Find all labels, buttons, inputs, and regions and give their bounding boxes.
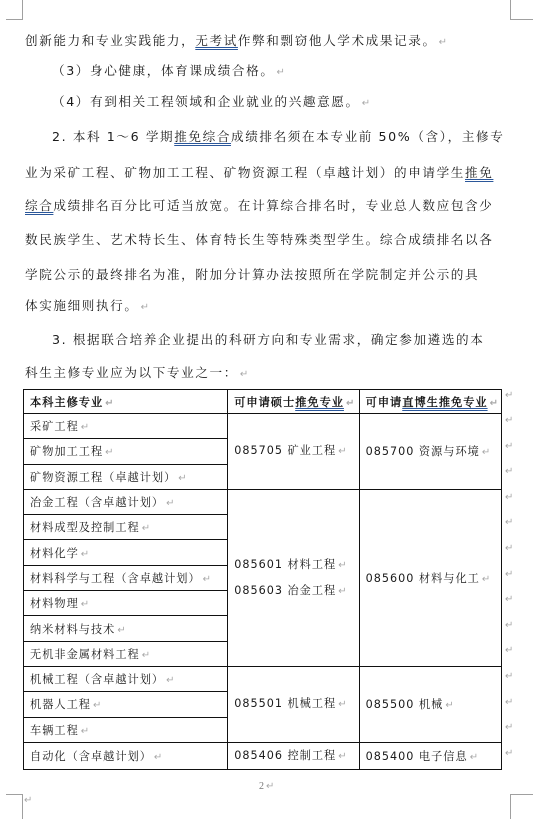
undergrad-major-name: 材料科学与工程（含卓越计划） (30, 572, 201, 585)
undergrad-major-name: 机械工程（含卓越计划） (30, 673, 164, 686)
paragraph-mark: ↵ (166, 675, 175, 686)
paragraph-mark: ↵ (117, 625, 126, 636)
undergrad-major-name: 材料成型及控制工程 (30, 521, 140, 534)
paragraph-line: 学院公示的最终排名为准，附加分计算办法按照所在学院制定并公示的具 (25, 267, 510, 283)
row-end-mark: ↵ (505, 542, 515, 568)
row-end-mark: ↵ (505, 491, 515, 517)
paragraph-line: （3）身心健康，体育课成绩合格。↵ (52, 63, 510, 81)
header-undergrad-major: 本科主修专业↵ (24, 390, 228, 414)
undergrad-major-cell: 矿物加工工程↵ (24, 439, 228, 464)
master-major-text: 085501 机械工程 (234, 697, 336, 710)
phd-major-cell: 085500 机械↵ (359, 666, 501, 742)
row-end-mark: ↵ (505, 414, 515, 440)
text-segment: 创新能力和专业实践能力， (25, 33, 195, 48)
document-page: 创新能力和专业实践能力，无考试作弊和剽窃他人学术成果记录。↵（3）身心健康，体育… (0, 0, 533, 819)
paragraph-mark: ↵ (338, 699, 347, 710)
row-end-mark: ↵ (505, 516, 515, 542)
margin-corner-top-left (6, 0, 23, 20)
undergrad-major-name: 矿物加工工程 (30, 445, 103, 458)
underlined-text: 综合 (25, 198, 53, 213)
text-segment: 2. 本科 1～6 学期 (52, 129, 174, 144)
phd-major-cell: 085600 材料与化工↵ (359, 489, 501, 666)
undergrad-major-cell: 自动化（含卓越计划）↵ (24, 742, 228, 769)
paragraph-mark: ↵ (203, 574, 212, 585)
paragraph-line: 业为采矿工程、矿物加工工程、矿物资源工程（卓越计划）的申请学生推免 (25, 165, 510, 181)
master-major-text: 085603 冶金工程 (234, 584, 336, 597)
undergrad-major-cell: 无机非金属材料工程↵ (24, 641, 228, 666)
margin-corner-bottom-right (510, 794, 533, 819)
phd-major-name: 085600 材料与化工 (366, 572, 480, 585)
master-major-cell: 085406 控制工程↵ (228, 742, 359, 769)
text-segment: 成绩排名须在本专业前 50%（含），主修专 (231, 129, 504, 144)
table-row: 冶金工程（含卓越计划）↵085601 材料工程↵085603 冶金工程↵0856… (24, 489, 502, 514)
master-major-text: 085705 矿业工程 (234, 444, 336, 457)
table-row: 机械工程（含卓越计划）↵085501 机械工程↵085500 机械↵ (24, 666, 502, 691)
undergrad-major-name: 冶金工程（含卓越计划） (30, 496, 164, 509)
underlined-text: 推免 (465, 165, 493, 180)
undergrad-major-cell: 材料化学↵ (24, 540, 228, 565)
paragraph-mark: ↵ (338, 586, 347, 597)
text-segment: 数民族学生、艺术特长生、体育特长生等特殊类型学生。综合成绩排名以各 (25, 232, 493, 247)
text-segment: 3. 根据联合培养企业提出的科研方向和专业需求，确定参加遴选的本 (52, 332, 484, 347)
undergrad-major-cell: 冶金工程（含卓越计划）↵ (24, 489, 228, 514)
text-segment: 科生主修专业应为以下专业之一： (25, 365, 238, 380)
paragraph-line: （4）有到相关工程领域和企业就业的兴趣意愿。↵ (52, 94, 510, 112)
row-end-mark: ↵ (505, 389, 515, 414)
underlined-text: 推免综合 (174, 129, 231, 144)
row-end-mark: ↵ (505, 593, 515, 619)
paragraph-line: 科生主修专业应为以下专业之一：↵ (25, 365, 510, 383)
undergrad-major-name: 纳米材料与技术 (30, 623, 115, 636)
row-end-mark: ↵ (505, 696, 515, 722)
underlined-text: 无考试 (195, 33, 238, 48)
undergrad-major-cell: 机械工程（含卓越计划）↵ (24, 666, 228, 691)
undergrad-major-cell: 矿物资源工程（卓越计划）↵ (24, 464, 228, 489)
table-body: 采矿工程↵085705 矿业工程↵085700 资源与环境↵矿物加工工程↵矿物资… (24, 414, 502, 770)
row-end-mark: ↵ (505, 568, 515, 594)
table-row: 自动化（含卓越计划）↵085406 控制工程↵085400 电子信息↵ (24, 742, 502, 769)
paragraph-mark: ↵ (105, 447, 114, 458)
text-segment: 成绩排名百分比可适当放宽。在计算综合排名时，专业总人数应包含少 (53, 198, 493, 213)
master-major-name: 085501 机械工程↵ (234, 691, 352, 717)
master-major-name: 085601 材料工程↵ (234, 552, 352, 578)
paragraph-mark: ↵ (338, 751, 347, 762)
undergrad-major-cell: 车辆工程↵ (24, 717, 228, 742)
row-end-mark: ↵ (505, 670, 515, 696)
paragraph-mark: ↵ (470, 752, 479, 763)
phd-major-name: 085400 电子信息 (366, 750, 468, 763)
margin-corner-bottom-left (6, 794, 23, 819)
master-major-cell: 085501 机械工程↵ (228, 666, 359, 742)
row-end-mark: ↵ (505, 619, 515, 645)
header-master-major: 可申请硕士推免专业↵ (228, 390, 359, 414)
undergrad-major-name: 机器人工程 (30, 698, 91, 711)
paragraph-mark: ↵ (81, 549, 90, 560)
row-end-mark: ↵ (505, 747, 515, 773)
row-end-mark: ↵ (505, 465, 515, 491)
paragraph-mark: ↵ (93, 700, 102, 711)
phd-major-cell: 085700 资源与环境↵ (359, 414, 501, 490)
paragraph-mark: ↵ (166, 498, 175, 509)
paragraph-line: 创新能力和专业实践能力，无考试作弊和剽窃他人学术成果记录。↵ (25, 33, 510, 51)
undergrad-major-name: 材料物理 (30, 597, 79, 610)
paragraph-line: 综合成绩排名百分比可适当放宽。在计算综合排名时，专业总人数应包含少 (25, 198, 510, 214)
paragraph-mark: ↵ (445, 700, 454, 711)
master-major-name: 085705 矿业工程↵ (234, 438, 352, 464)
text-segment: （3）身心健康，体育课成绩合格。 (52, 63, 275, 78)
margin-corner-top-right (510, 0, 533, 20)
paragraph-mark: ↵ (178, 473, 187, 484)
undergrad-major-cell: 材料成型及控制工程↵ (24, 515, 228, 540)
master-major-name: 085406 控制工程↵ (234, 743, 352, 769)
row-end-mark: ↵ (505, 721, 515, 747)
master-major-cell: 085705 矿业工程↵ (228, 414, 359, 490)
majors-table: 本科主修专业↵ 可申请硕士推免专业↵ 可申请直博生推免专业↵ 采矿工程↵0857… (23, 389, 502, 770)
text-segment: （4）有到相关工程领域和企业就业的兴趣意愿。 (52, 94, 360, 109)
master-major-cell: 085601 材料工程↵085603 冶金工程↵ (228, 489, 359, 666)
phd-major-cell: 085400 电子信息↵ (359, 742, 501, 769)
undergrad-major-cell: 纳米材料与技术↵ (24, 616, 228, 641)
paragraph-mark: ↵ (240, 369, 250, 380)
text-segment: 作弊和剽窃他人学术成果记录。 (238, 33, 437, 48)
undergrad-major-cell: 材料物理↵ (24, 591, 228, 616)
paragraph-line: 3. 根据联合培养企业提出的科研方向和专业需求，确定参加遴选的本 (52, 332, 510, 348)
paragraph-mark: ↵ (154, 752, 163, 763)
paragraph-line: 2. 本科 1～6 学期推免综合成绩排名须在本专业前 50%（含），主修专 (52, 129, 510, 145)
row-end-mark: ↵ (505, 440, 515, 466)
paragraph-mark: ↵ (81, 422, 90, 433)
paragraph-mark: ↵ (142, 523, 151, 534)
paragraph-line: 数民族学生、艺术特长生、体育特长生等特殊类型学生。综合成绩排名以各 (25, 232, 510, 248)
paragraph-mark: ↵ (142, 650, 151, 661)
paragraph-mark: ↵ (24, 795, 32, 806)
paragraph-line: 体实施细则执行。↵ (25, 298, 510, 316)
paragraph-mark: ↵ (439, 37, 449, 48)
table-row: 采矿工程↵085705 矿业工程↵085700 资源与环境↵ (24, 414, 502, 439)
paragraph-mark: ↵ (81, 726, 90, 737)
master-major-text: 085406 控制工程 (234, 749, 336, 762)
paragraph-mark: ↵ (338, 446, 347, 457)
paragraph-mark: ↵ (141, 302, 151, 313)
header-phd-major: 可申请直博生推免专业↵ (359, 390, 501, 414)
text-segment: 体实施细则执行。 (25, 298, 139, 313)
row-end-marks: ↵↵↵↵↵↵↵↵↵↵↵↵↵↵↵ (505, 389, 515, 772)
phd-major-name: 085500 机械 (366, 698, 444, 711)
undergrad-major-name: 材料化学 (30, 547, 79, 560)
undergrad-major-name: 无机非金属材料工程 (30, 648, 140, 661)
page-number: 2↵ (259, 781, 274, 792)
paragraph-mark: ↵ (338, 560, 347, 571)
paragraph-mark: ↵ (482, 447, 491, 458)
undergrad-major-cell: 材料科学与工程（含卓越计划）↵ (24, 565, 228, 590)
undergrad-major-cell: 采矿工程↵ (24, 414, 228, 439)
undergrad-major-name: 采矿工程 (30, 420, 79, 433)
text-segment: 业为采矿工程、矿物加工工程、矿物资源工程（卓越计划）的申请学生 (25, 165, 465, 180)
row-end-mark: ↵ (505, 644, 515, 670)
undergrad-major-name: 自动化（含卓越计划） (30, 750, 152, 763)
undergrad-major-cell: 机器人工程↵ (24, 692, 228, 717)
phd-major-name: 085700 资源与环境 (366, 445, 480, 458)
paragraph-mark: ↵ (482, 574, 491, 585)
master-major-name: 085603 冶金工程↵ (234, 578, 352, 604)
paragraph-mark: ↵ (362, 98, 372, 109)
text-segment: 学院公示的最终排名为准，附加分计算办法按照所在学院制定并公示的具 (25, 267, 479, 282)
undergrad-major-name: 矿物资源工程（卓越计划） (30, 471, 176, 484)
paragraph-mark: ↵ (81, 599, 90, 610)
paragraph-mark: ↵ (277, 67, 287, 78)
table-header-row: 本科主修专业↵ 可申请硕士推免专业↵ 可申请直博生推免专业↵ (24, 390, 502, 414)
undergrad-major-name: 车辆工程 (30, 724, 79, 737)
master-major-text: 085601 材料工程 (234, 558, 336, 571)
